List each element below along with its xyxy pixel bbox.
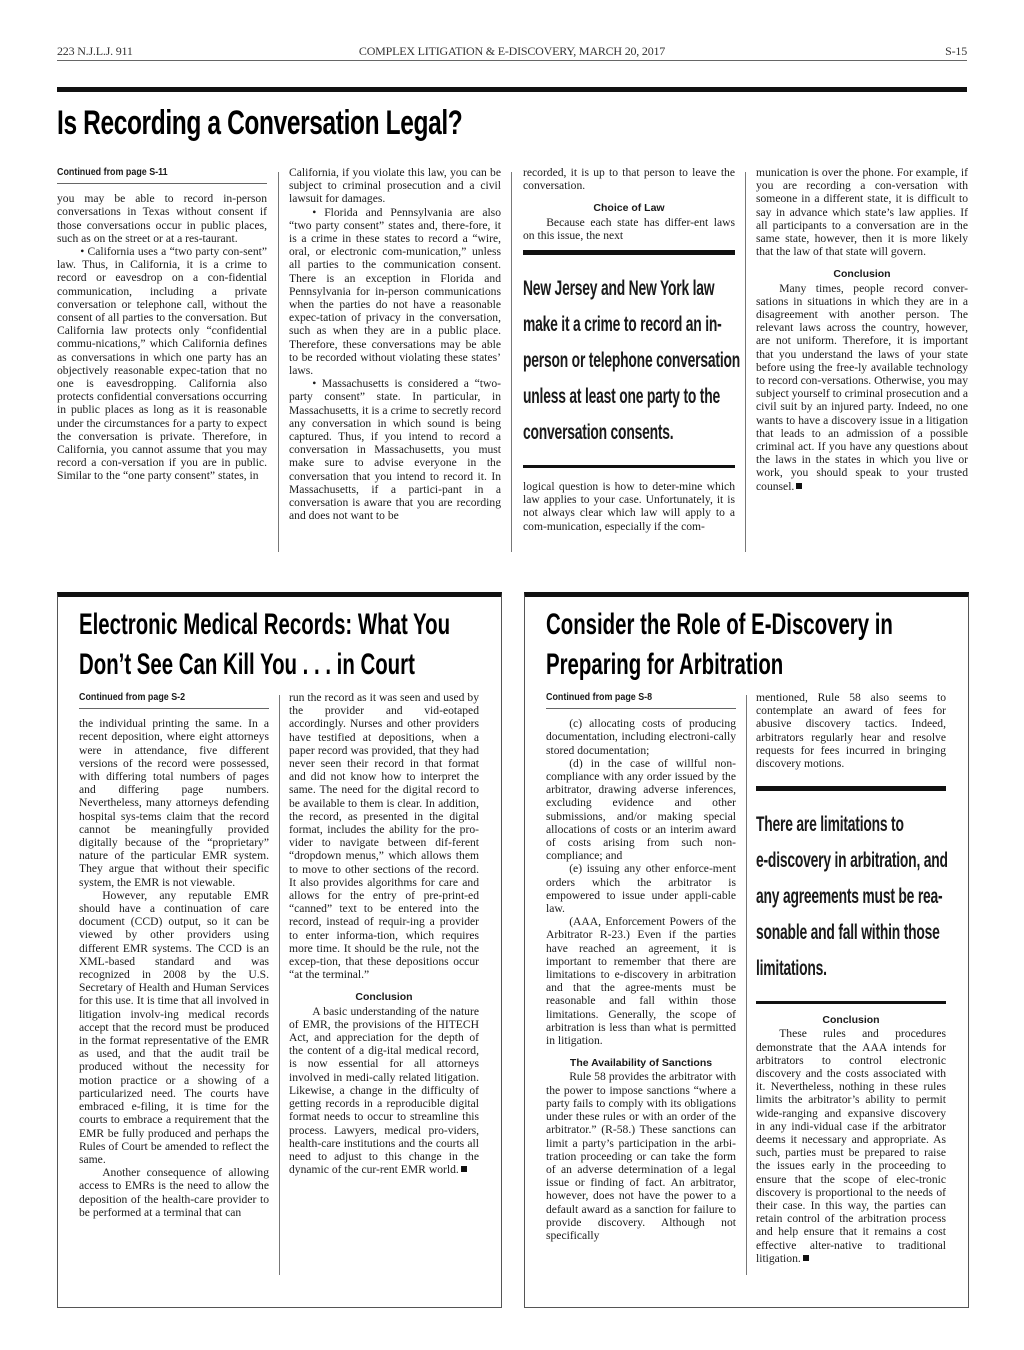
column-rule [278,172,279,552]
continued-label: Continued from page S-11 [57,166,236,179]
pull-quote-line: conversation consents. [523,415,736,451]
paragraph: Another consequence of allowing access t… [79,1166,269,1219]
end-mark-icon [803,1255,809,1261]
article1-col3: recorded, it is up to that person to lea… [523,166,735,533]
article3-col2: mentioned, Rule 58 also seems to contemp… [756,691,946,1265]
paragraph: • Florida and Pennsylvania are also “two… [289,206,501,378]
pull-quote-line: There are limitations to [756,807,947,843]
column-rule [511,172,512,552]
paragraph: • California uses a “two party con-sent”… [57,245,267,483]
title-line: Preparing for Arbitration [546,645,893,685]
subhead-conclusion: Conclusion [289,991,479,1004]
continued-label: Continued from page S-8 [546,691,708,704]
subhead-choice-of-law: Choice of Law [523,202,735,215]
page-number: S-15 [945,44,967,59]
pull-quote-line: e-discovery in arbitration, and [756,843,947,879]
article2-box: Electronic Medical Records: What You Don… [57,592,502,1308]
paragraph: logical question is how to deter-mine wh… [523,480,735,533]
article2-col2: run the record as it was seen and used b… [289,691,479,1176]
paragraph: mentioned, Rule 58 also seems to contemp… [756,691,946,770]
column-rule [279,695,280,1275]
pull-quote-line: sonable and fall within those [756,915,947,951]
article3-col1: Continued from page S-8 (c) allocating c… [546,691,736,1242]
pull-quote: There are limitations to e-discovery in … [756,786,946,1004]
paragraph: run the record as it was seen and used b… [289,691,479,981]
subhead-conclusion: Conclusion [756,1014,946,1027]
paragraph: (AAA, Enforcement Powers of the Arbitrat… [546,915,736,1047]
paragraph: A basic understanding of the nature of E… [289,1005,479,1176]
article1-col1: Continued from page S-11 you may be able… [57,166,267,483]
subhead-conclusion: Conclusion [756,268,968,281]
paragraph: recorded, it is up to that person to lea… [523,166,735,192]
paragraph: the individual printing the same. In a r… [79,717,269,889]
paragraph: you may be able to record in-person conv… [57,192,267,245]
paragraph: California, if you violate this law, you… [289,166,501,206]
article-title: Is Recording a Conversation Legal? [57,104,462,143]
pull-quote-line: limitations. [756,951,947,987]
title-rule [57,87,967,92]
pull-quote-line: any agreements must be rea- [756,879,947,915]
paragraph: These rules and procedures demonstrate t… [756,1027,946,1264]
end-mark-icon [461,1166,467,1172]
continued-label: Continued from page S-2 [79,691,241,704]
article1-col4: munication is over the phone. For exampl… [756,166,968,493]
article3-box: Consider the Role of E-Discovery in Prep… [524,592,969,1308]
paragraph: (d) in the case of willful non-complianc… [546,757,736,863]
subhead-sanctions: The Availability of Sanctions [546,1057,736,1070]
section-date: COMPLEX LITIGATION & E-DISCOVERY, MARCH … [57,44,967,59]
article2-col1: Continued from page S-2 the individual p… [79,691,269,1219]
divider [79,708,269,709]
end-mark-icon [796,483,802,489]
pull-quote: New Jersey and New York law make it a cr… [523,250,735,468]
paragraph: • Massachusetts is considered a “two-par… [289,377,501,522]
running-head: 223 N.J.L.J. 911 COMPLEX LITIGATION & E-… [57,44,967,61]
divider [57,183,267,184]
title-line: Electronic Medical Records: What You [79,605,450,645]
paragraph: munication is over the phone. For exampl… [756,166,968,258]
title-line: Consider the Role of E-Discovery in [546,605,893,645]
article1-col2: California, if you violate this law, you… [289,166,501,522]
paragraph: Many times, people record conver-sations… [756,282,968,493]
paragraph: (c) allocating costs of producing docume… [546,717,736,757]
column-rule [745,172,746,552]
paragraph: (e) issuing any other enforce-ment order… [546,862,736,915]
title-line: Don’t See Can Kill You . . . in Court [79,645,450,685]
column-rule [746,695,747,1275]
paragraph: Rule 58 provides the arbitrator with the… [546,1070,736,1242]
article3-title: Consider the Role of E-Discovery in Prep… [546,605,1024,685]
pull-quote-line: New Jersey and New York law [523,271,736,307]
paragraph: Because each state has differ-ent laws o… [523,216,735,242]
paragraph: However, any reputable EMR should have a… [79,889,269,1166]
pull-quote-line: make it a crime to record an in- [523,307,736,343]
pull-quote-line: unless at least one party to the [523,379,736,415]
pull-quote-line: person or telephone conversation [523,343,736,379]
divider [546,708,736,709]
